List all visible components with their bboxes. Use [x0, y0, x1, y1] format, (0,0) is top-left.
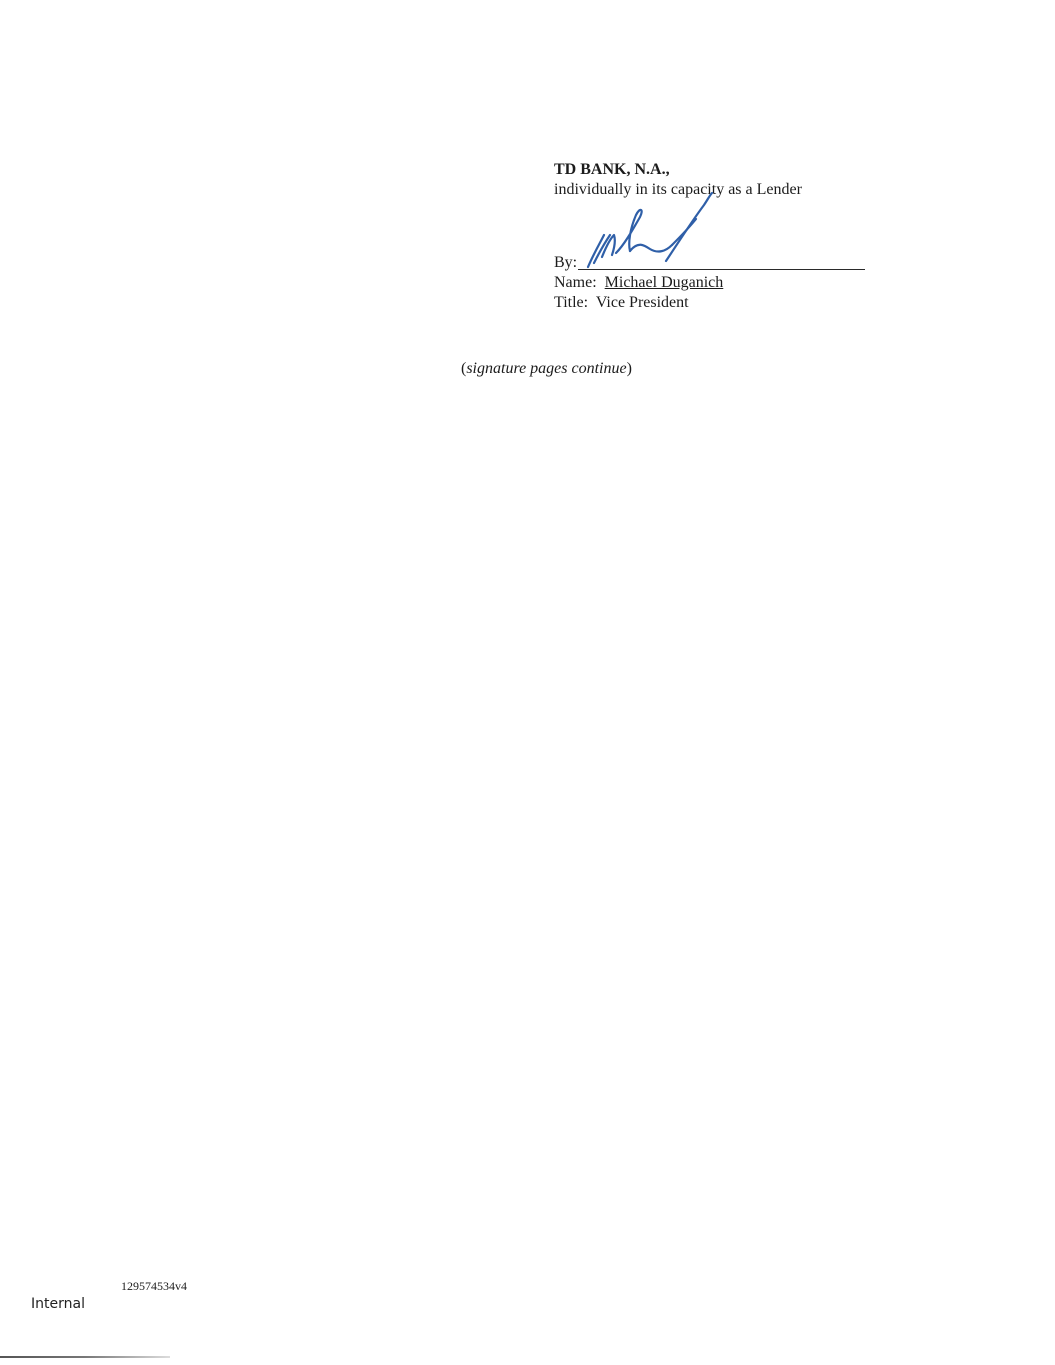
signatory-name: Michael Duganich: [605, 274, 724, 291]
document-id: 129574534v4: [121, 1279, 187, 1293]
classification-label: Internal: [31, 1295, 85, 1313]
footer-rule: [0, 1356, 170, 1358]
continuation-text: signature pages continue: [466, 360, 626, 377]
signature-block: TD BANK, N.A., individually in its capac…: [554, 160, 874, 313]
signatory-title-row: Title: Vice President: [554, 293, 874, 313]
signatory-title: Vice President: [596, 294, 689, 311]
continuation-note: (signature pages continue): [461, 359, 632, 379]
handwritten-signature-icon: [580, 191, 730, 271]
lender-entity-name: TD BANK, N.A.,: [554, 160, 874, 180]
signature-line-row: By:: [554, 253, 874, 273]
by-label: By:: [554, 253, 577, 273]
title-label: Title:: [554, 294, 588, 311]
name-label: Name:: [554, 274, 597, 291]
signatory-name-row: Name: Michael Duganich: [554, 273, 874, 293]
close-paren: ): [627, 360, 632, 377]
